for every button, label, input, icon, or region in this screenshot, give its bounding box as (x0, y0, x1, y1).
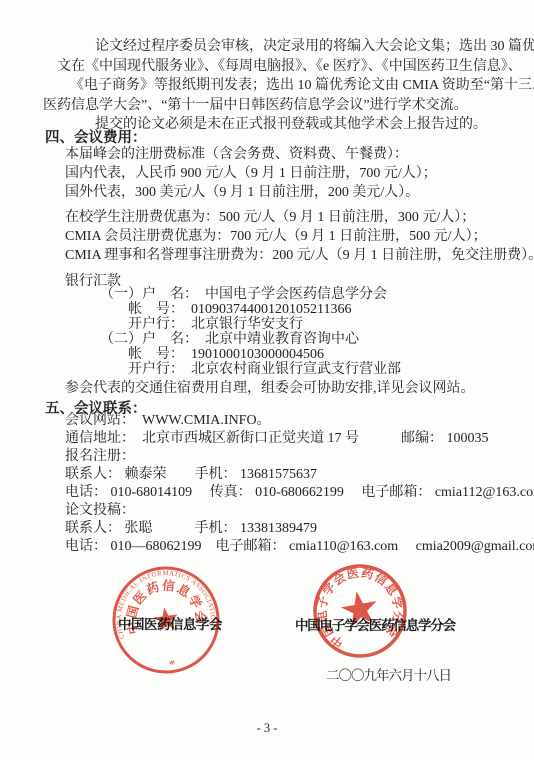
submission-contact: 联系人： 张聪 手机： 13381389479 (65, 520, 534, 538)
text-line: 本届峰会的注册费标准（含会务费、资料费、午餐费）： (65, 145, 534, 164)
text-line: 国外代表，300 美元/人（9 月 1 日前注册，200 美元/人）。 (65, 183, 534, 202)
submission-phone-email: 电话： 010—68062199 电子邮箱： cmia110@163.com c… (65, 538, 534, 556)
text-line: 《电子商务》等报纸期刊发表；选出 10 篇优秀论文由 CMIA 资助至“第十三届… (70, 76, 534, 96)
text-line: 论文经过程序委员会审核，决定录用的将编入大会论文集；选出 30 篇优秀论 (95, 37, 534, 57)
fees-discount: 在校学生注册费优惠为：500 元/人（9 月 1 日前注册，300 元/人）； … (0, 208, 534, 265)
submission-label: 论文投稿： (65, 502, 534, 520)
branch-seal-stamp-icon: 中国电子学会医药信息学分会 (304, 555, 415, 666)
bank-account-number: 帐 号： 01090374400120105211366 (128, 302, 534, 317)
page-number: - 3 - (0, 721, 534, 736)
bank-branch: 开户行： 北京农村商业银行宣武支行营业部 (128, 362, 534, 377)
bank-accounts: （一）户 名： 中国电子学会医药信息学分会 帐 号： 0109037440012… (0, 287, 534, 377)
mailing-address: 通信地址： 北京市西城区新街口正觉夹道 17 号 邮编： 100035 (65, 430, 534, 448)
contact-info: 会议网站： WWW.CMIA.INFO。 通信地址： 北京市西城区新街口正觉夹道… (0, 412, 534, 556)
text-line: CMIA 理事和名誉理事注册费为：200 元/人（9 月 1 日前注册，免交注册… (65, 246, 534, 265)
text-line: 参会代表的交通住宿费用自理，组委会可协助安排,详见会议网站。 (65, 377, 534, 397)
text-line: 在校学生注册费优惠为：500 元/人（9 月 1 日前注册，300 元/人）； (65, 208, 534, 227)
right-organization-name: 中国电子学会医药信息学分会 (295, 614, 455, 634)
bank-account-name: （一）户 名： 中国电子学会医药信息学分会 (100, 287, 534, 302)
registration-label: 报名注册： (65, 448, 534, 466)
section-title: 四、会议费用： (45, 126, 534, 147)
bank-account-number: 帐 号： 1901000103000004506 (128, 347, 534, 362)
date-line: 二〇〇九年六月十八日 (326, 664, 451, 684)
stamp-bottom-mark: * (168, 656, 177, 672)
document-page: { "document": { "intro_lines": [ "论文经过程序… (0, 0, 534, 760)
registration-contact: 联系人： 赖泰荣 手机： 13681575637 (65, 466, 534, 484)
travel-note: 参会代表的交通住宿费用自理，组委会可协助安排,详见会议网站。 (0, 377, 534, 397)
text-line: 文在《中国现代服务业》、《每周电脑报》、《e 医疗》、《中国医药卫生信息》、 (57, 57, 534, 77)
intro-paragraph: 论文经过程序委员会审核，决定录用的将编入大会论文集；选出 30 篇优秀论 文在《… (0, 37, 534, 135)
text-line: 医药信息学大会”、“第十一届中日韩医药信息学会议”进行学术交流。 (43, 96, 534, 116)
registration-phone-fax-email: 电话： 010-68014109 传真： 010-680662199 电子邮箱：… (65, 484, 534, 502)
section-heading-fees: 四、会议费用： (0, 126, 534, 147)
text-line: 国内代表，人民币 900 元/人（9 月 1 日前注册，700 元/人）； (65, 164, 534, 183)
bank-account-name: （二）户 名： 北京中靖业教育咨询中心 (100, 332, 534, 347)
bank-branch: 开户行： 北京银行华安支行 (128, 317, 534, 332)
conference-website: 会议网站： WWW.CMIA.INFO。 (65, 412, 534, 430)
text-line: CMIA 会员注册费优惠为：700 元/人（9 月 1 日前注册，500 元/人… (65, 227, 534, 246)
fees-standard: 本届峰会的注册费标准（含会务费、资料费、午餐费）： 国内代表，人民币 900 元… (0, 145, 534, 202)
left-organization-name: 中国医药信息学会 (118, 613, 222, 633)
